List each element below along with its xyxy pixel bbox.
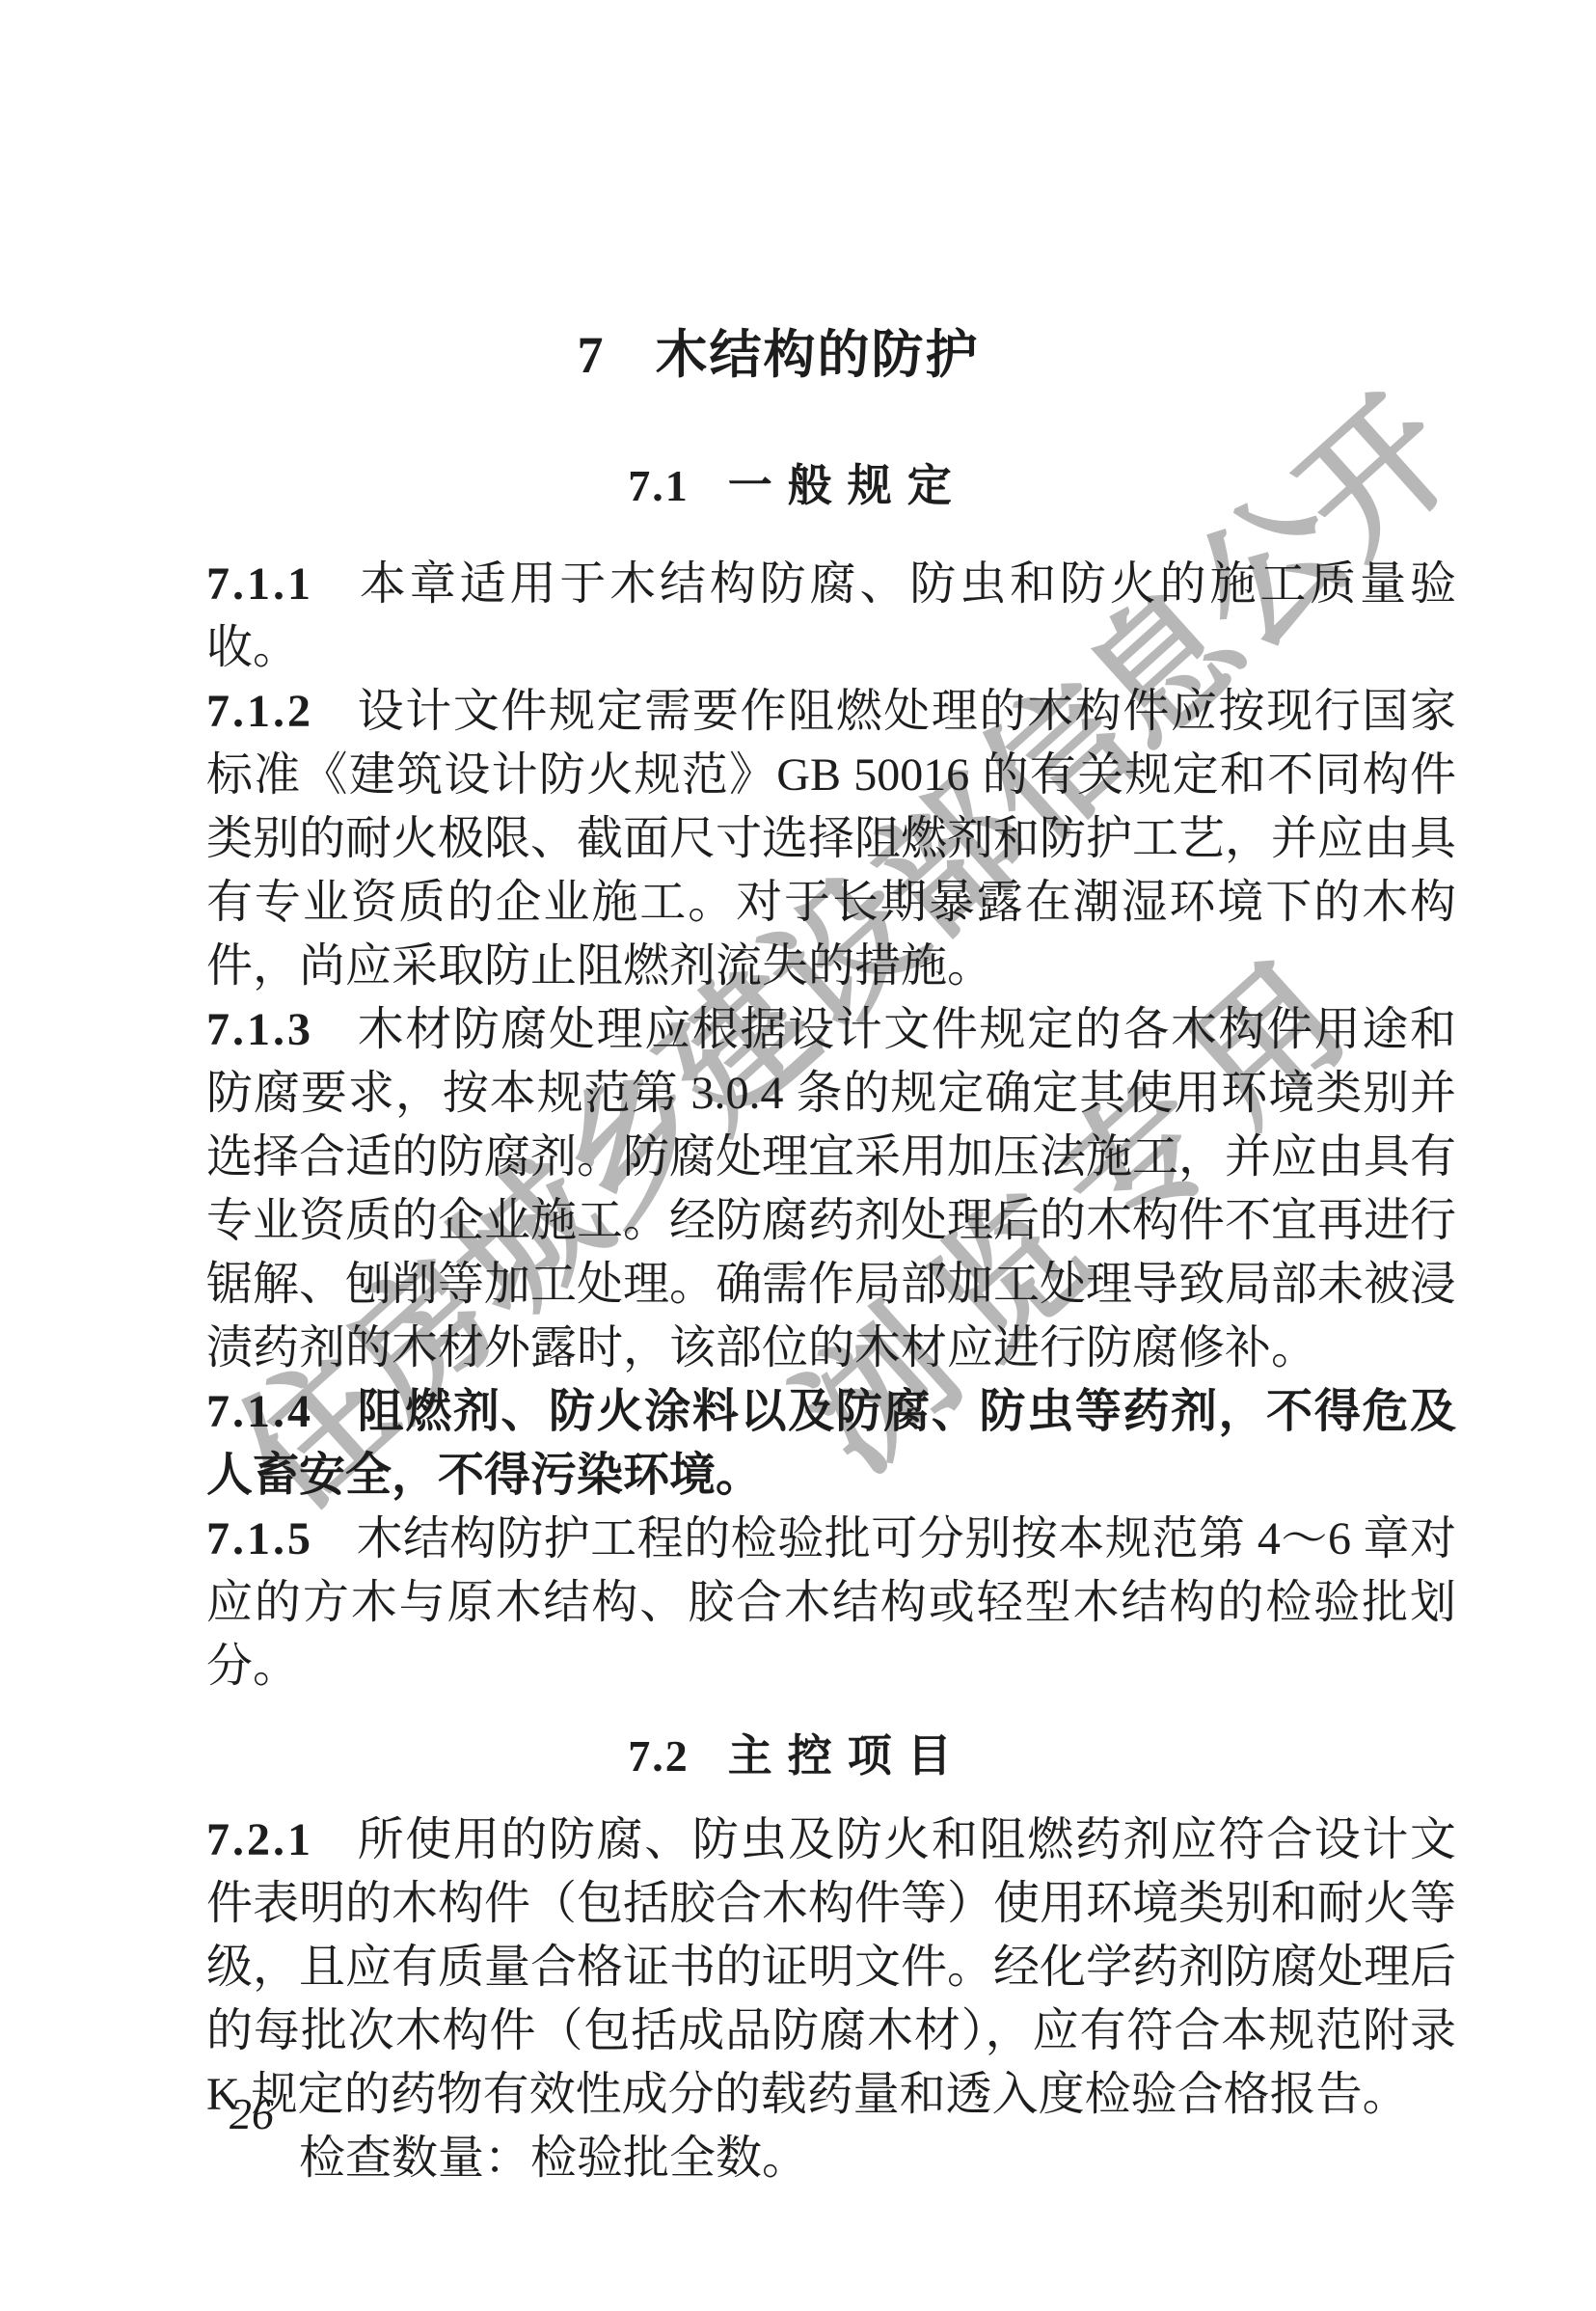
clause-text: 木材防腐处理应根据设计文件规定的各木构件用途和防腐要求，按本规范第 3.0.4 …: [206, 1004, 1456, 1373]
page-content: 7木结构的防护 7.1一般规定 7.1.1本章适用于木结构防腐、防虫和防火的施工…: [206, 321, 1456, 2190]
clause-number: 7.1.2: [206, 686, 313, 737]
clause-7-1-3: 7.1.3木材防腐处理应根据设计文件规定的各木构件用途和防腐要求，按本规范第 3…: [206, 998, 1456, 1380]
clause-text: 木结构防护工程的检验批可分别按本规范第 4～6 章对应的方木与原木结构、胶合木结…: [206, 1513, 1456, 1692]
page-number: 26: [230, 2086, 274, 2142]
section-title-text: 主控项目: [728, 1730, 967, 1781]
section-title-text: 一般规定: [728, 460, 967, 510]
clause-text: 设计文件规定需要作阻燃处理的木构件应按现行国家标准《建筑设计防火规范》GB 50…: [206, 686, 1456, 992]
clause-text: 本章适用于木结构防腐、防虫和防火的施工质量验收。: [206, 558, 1456, 673]
clause-number: 7.1.3: [206, 1004, 313, 1055]
clause-text: 阻燃剂、防火涂料以及防腐、防虫等药剂，不得危及人畜安全，不得污染环境。: [206, 1386, 1456, 1501]
clause-7-1-1: 7.1.1本章适用于木结构防腐、防虫和防火的施工质量验收。: [206, 553, 1456, 680]
section-number: 7.2: [628, 1731, 690, 1781]
inspection-quantity-note: 检查数量：检验批全数。: [206, 2127, 1456, 2190]
section-heading-7-1: 7.1一般规定: [206, 453, 1389, 518]
clause-number: 7.1.5: [206, 1513, 313, 1564]
chapter-title-text: 木结构的防护: [656, 326, 980, 384]
clause-7-1-2: 7.1.2设计文件规定需要作阻燃处理的木构件应按现行国家标准《建筑设计防火规范》…: [206, 680, 1456, 998]
document-page: 住房城乡建设部信息公开 浏览专用 7木结构的防护 7.1一般规定 7.1.1本章…: [0, 0, 1596, 2311]
clause-text: 所使用的防腐、防虫及防火和阻燃药剂应符合设计文件表明的木构件（包括胶合木构件等）…: [206, 1814, 1456, 2120]
section-number: 7.1: [628, 461, 690, 510]
clause-7-1-4-mandatory: 7.1.4阻燃剂、防火涂料以及防腐、防虫等药剂，不得危及人畜安全，不得污染环境。: [206, 1380, 1456, 1508]
clause-number: 7.1.4: [206, 1386, 313, 1437]
chapter-number: 7: [578, 326, 606, 384]
clause-number: 7.1.1: [206, 558, 313, 610]
clause-7-2-1: 7.2.1所使用的防腐、防虫及防火和阻燃药剂应符合设计文件表明的木构件（包括胶合…: [206, 1808, 1456, 2127]
section-heading-7-2: 7.2主控项目: [206, 1724, 1389, 1788]
clause-7-1-5: 7.1.5木结构防护工程的检验批可分别按本规范第 4～6 章对应的方木与原木结构…: [206, 1508, 1456, 1699]
chapter-title: 7木结构的防护: [206, 321, 1350, 389]
clause-number: 7.2.1: [206, 1814, 313, 1865]
